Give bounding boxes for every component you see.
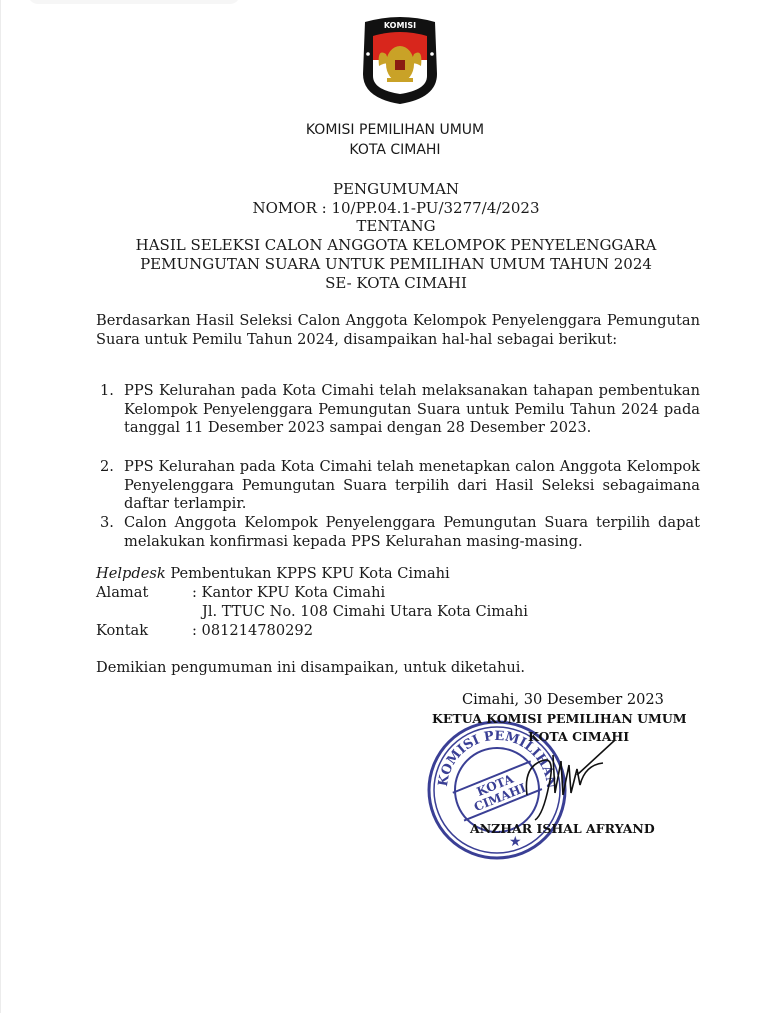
helpdesk-text: Pembentukan KPPS KPU Kota Cimahi (166, 565, 450, 582)
list-text: PPS Kelurahan pada Kota Cimahi telah men… (124, 458, 700, 514)
address-line2: Jl. TTUC No. 108 Cimahi Utara Kota Cimah… (202, 603, 528, 620)
place-date: Cimahi, 30 Desember 2023 (462, 691, 664, 708)
intro-paragraph: Berdasarkan Hasil Seleksi Calon Anggota … (96, 312, 700, 349)
helpdesk-label: Helpdesk (96, 565, 166, 582)
list-number: 3. (100, 514, 114, 533)
phone-label: Kontak (96, 622, 148, 639)
doc-subject-line2: PEMUNGUTAN SUARA UNTUK PEMILIHAN UMUM TA… (0, 255, 774, 273)
doc-number: NOMOR : 10/PP.04.1-PU/3277/4/2023 (0, 199, 774, 217)
address-line1: : Kantor KPU Kota Cimahi (192, 584, 385, 601)
svg-text:KOMISI: KOMISI (384, 21, 416, 30)
list-text: Calon Anggota Kelompok Penyelenggara Pem… (124, 514, 700, 551)
phone-value: : 081214780292 (192, 622, 313, 639)
signer-position-line1: KETUA KOMISI PEMILIHAN UMUM (432, 711, 687, 726)
org-city: KOTA CIMAHI (0, 142, 774, 158)
org-name: KOMISI PEMILIHAN UMUM (0, 122, 774, 138)
list-text: PPS Kelurahan pada Kota Cimahi telah mel… (124, 382, 700, 438)
list-number: 2. (100, 458, 114, 477)
doc-subject-line3: SE- KOTA CIMAHI (0, 274, 774, 292)
helpdesk-line: Helpdesk Pembentukan KPPS KPU Kota Cimah… (96, 565, 450, 582)
signer-name: ANZHAR ISHAL AFRYAND (470, 821, 655, 836)
doc-about: TENTANG (0, 217, 774, 235)
svg-text:★: ★ (509, 835, 522, 850)
doc-type: PENGUMUMAN (0, 180, 774, 198)
signature-icon (525, 735, 635, 825)
kpu-logo-icon: KOMISI (357, 14, 443, 106)
address-label: Alamat (96, 584, 148, 601)
list-number: 1. (100, 382, 114, 401)
doc-subject-line1: HASIL SELEKSI CALON ANGGOTA KELOMPOK PEN… (0, 236, 774, 254)
closing-text: Demikian pengumuman ini disampaikan, unt… (96, 659, 525, 676)
signer-position-line2: KOTA CIMAHI (528, 729, 629, 744)
top-shadow (28, 0, 240, 4)
